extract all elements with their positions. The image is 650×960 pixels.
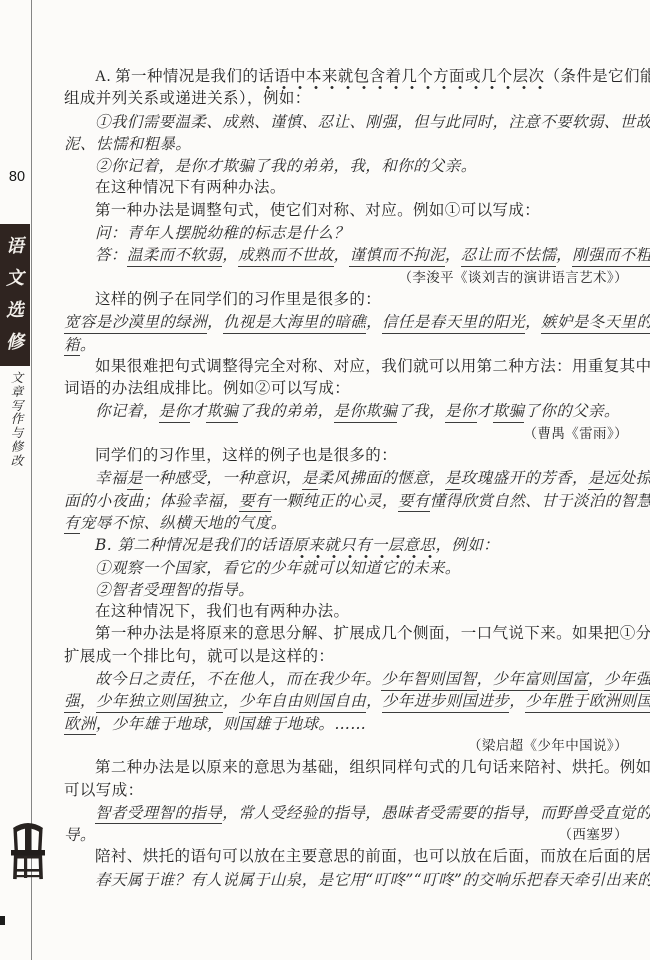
text-segment: ， <box>223 692 239 710</box>
underlined-text: 嫉妒是冬天里的冰 <box>541 313 650 334</box>
book-subtitle-vertical: 文章写作与修改 <box>6 371 28 468</box>
text-line: 箱。 <box>64 334 638 356</box>
text-line: A. 第一种情况是我们的话语中本来就包含着几个方面或几个层次（条件是它们能够 <box>64 66 638 88</box>
underlined-text: 是 <box>588 469 604 490</box>
text-line: 问：青年人摆脱幼稚的标志是什么？ <box>64 222 638 244</box>
text-segment: 了我， <box>397 402 445 420</box>
body-text: A. 第一种情况是我们的话语中本来就包含着几个方面或几个层次（条件是它们能够组成… <box>64 66 638 891</box>
text-segment: （梁启超《少年中国说》） <box>468 738 628 753</box>
text-line: 有宠辱不惊、纵横天地的气度。 <box>64 512 638 534</box>
text-segment: 扩展成一个排比句，就可以是这样的： <box>64 648 334 665</box>
text-line: 可以写成： <box>64 780 638 802</box>
text-line: 第一种办法是将原来的意思分解、扩展成几个侧面，一口气说下来。如果把①分解、 <box>64 623 638 645</box>
text-segment: 陪衬、烘托的语句可以放在主要意思的前面，也可以放在后面，而放在后面的居多： <box>95 848 650 865</box>
text-line: 答：温柔而不软弱，成熟而不世故，谨慎而不拘泥，忍让而不怯懦，刚强而不粗暴。 <box>64 244 638 266</box>
text-segment: ， <box>525 313 541 331</box>
text-line: ②你记着，是你才欺骗了我的弟弟，我，和你的父亲。 <box>64 155 638 177</box>
text-segment: 你记着， <box>95 402 159 420</box>
underlined-text: 有 <box>64 514 80 535</box>
text-line: B. 第二种情况是我们的话语原来就只有一层意思，例如： <box>64 534 638 556</box>
emphasized-text: 原来就只有一层意思 <box>292 536 435 559</box>
underlined-text: 是你 <box>445 402 477 423</box>
text-segment: ， <box>445 246 461 264</box>
underlined-text: 信任是春天里的阳光 <box>382 313 525 334</box>
text-line: 第二种办法是以原来的意思为基础，组织同样句式的几句话来陪衬、烘托。例如②就 <box>64 757 638 779</box>
underlined-text: 温柔而不软弱 <box>127 246 222 267</box>
underlined-text: 少年强则国 <box>604 670 650 691</box>
text-segment: ， <box>334 246 350 264</box>
text-line: 这样的例子在同学们的习作里是很多的： <box>64 289 638 311</box>
emphasized-text: 话语中本来就包含着几个方面或几个层次 <box>258 68 544 90</box>
text-segment: 导。 <box>64 826 96 844</box>
underlined-text: 是 <box>127 469 143 490</box>
text-segment: 春天属于谁？有人说属于山泉，是它用“叮咚”“叮咚”的交响乐把春天牵引出来的； <box>95 871 650 889</box>
series-banner: 语文选修 <box>0 224 30 366</box>
text-segment: ①观察一个国家，看它的少年就可以知道它的未来。 <box>95 559 461 577</box>
vertical-char: 语 <box>6 238 25 257</box>
underlined-text: 少年进步则国进步 <box>382 692 509 713</box>
text-segment: 如果很难把句式调整得完全对称、对应，我们就可以用第二种方法：用重复其中一些 <box>95 358 650 375</box>
text-line: 强，少年独立则国独立，少年自由则国自由，少年进步则国进步，少年胜于欧洲则国胜于 <box>64 690 638 712</box>
chair-illustration <box>6 816 50 882</box>
text-segment: ， <box>207 313 223 331</box>
text-segment: 远处掠过湖 <box>604 469 650 487</box>
underlined-text: 少年富则国富 <box>493 670 588 691</box>
underlined-text: 要有 <box>398 492 430 513</box>
vertical-char: 作 <box>11 412 24 426</box>
trim-mark <box>0 916 5 925</box>
text-segment: 柔风拂面的惬意， <box>318 469 445 487</box>
vertical-char: 章 <box>11 385 24 399</box>
text-segment: 一颗纯正的心灵， <box>271 492 398 510</box>
text-segment: 了我的弟弟， <box>238 402 333 420</box>
text-segment: 第一种办法是将原来的意思分解、扩展成几个侧面，一口气说下来。如果把①分解、 <box>95 625 650 642</box>
text-line: 扩展成一个排比句，就可以是这样的： <box>64 646 638 668</box>
text-segment: 第二种办法是以原来的意思为基础，组织同样句式的几句话来陪衬、烘托。例如②就 <box>95 759 650 776</box>
underlined-text: 是 <box>445 469 461 490</box>
text-segment: 面的小夜曲；体验幸福， <box>64 492 239 510</box>
underlined-text: 是你欺骗 <box>334 402 398 423</box>
text-segment: ②智者受理智的指导。 <box>95 581 254 599</box>
text-line: 泥、怯懦和粗暴。 <box>64 133 638 155</box>
text-line: ①观察一个国家，看它的少年就可以知道它的未来。 <box>64 557 638 579</box>
text-segment: 在这种情况下，我们也有两种办法。 <box>95 603 349 620</box>
text-segment: 。 <box>80 336 96 354</box>
text-segment: 宠辱不惊、纵横天地的气度。 <box>80 514 287 532</box>
underlined-text: 成熟而不世故 <box>238 246 333 267</box>
text-line: （曹禺《雷雨》） <box>64 423 638 445</box>
text-line: 同学们的习作里，这样的例子也是很多的： <box>64 445 638 467</box>
underlined-text: 刚强而不粗暴 <box>572 246 650 267</box>
text-segment: 一种感受，一种意识， <box>143 469 302 487</box>
text-segment: （条件是它们能够 <box>544 68 650 85</box>
text-segment: ， <box>222 246 238 264</box>
text-segment: ，常人受经验的指导，愚昧者受需要的指导，而野兽受直觉的指 <box>222 804 650 822</box>
text-segment: ①我们需要温柔、成熟、谨慎、忍让、刚强，但与此同时，注意不要软弱、世故、拘 <box>95 113 650 131</box>
text-segment: 才 <box>477 402 493 420</box>
text-segment: （曹禺《雷雨》） <box>524 426 628 441</box>
underlined-text: 欺骗 <box>493 402 525 423</box>
text-segment: 泥、怯懦和粗暴。 <box>64 135 191 153</box>
text-line: 在这种情况下，我们也有两种办法。 <box>64 601 638 623</box>
text-segment: ， <box>477 670 493 688</box>
vertical-char: 写 <box>11 399 24 413</box>
text-segment: 玫瑰盛开的芳香， <box>461 469 588 487</box>
page-number: 80 <box>4 169 30 185</box>
text-line: 第一种办法是调整句式，使它们对称、对应。例如①可以写成： <box>64 200 638 222</box>
text-segment: ， <box>366 692 382 710</box>
textbook-page: 80 语文选修 文章写作与修改 A. 第一种情况是我们的话语中本来就包含着几个方… <box>0 0 650 960</box>
text-line: 面的小夜曲；体验幸福，要有一颗纯正的心灵，要有懂得欣赏自然、甘于淡泊的智慧，要 <box>64 490 638 512</box>
underlined-text: 少年自由则国自由 <box>239 692 366 713</box>
text-segment: ， <box>588 670 604 688</box>
vertical-char: 文 <box>11 371 24 385</box>
text-segment: 组成并列关系或递进关系），例如： <box>64 90 311 107</box>
text-segment: 了你的父亲。 <box>524 402 619 420</box>
text-segment: 在这种情况下有两种办法。 <box>95 179 286 196</box>
underlined-text: 欺骗 <box>206 402 238 423</box>
text-segment: 故今日之责任，不在他人，而在我少年。 <box>95 670 381 688</box>
text-line: 组成并列关系或递进关系），例如： <box>64 88 638 110</box>
underlined-text: 箱 <box>64 336 80 357</box>
underlined-text: 宽容是沙漠里的绿洲 <box>64 313 207 334</box>
vertical-char: 选 <box>6 302 25 321</box>
underlined-text: 谨慎而不拘泥 <box>349 246 444 267</box>
text-segment: 幸福 <box>95 469 127 487</box>
underlined-text: 强 <box>64 692 80 713</box>
text-segment: ， <box>556 246 572 264</box>
underlined-text: 仇视是大海里的暗礁 <box>223 313 366 334</box>
text-line: 幸福是一种感受，一种意识，是柔风拂面的惬意，是玫瑰盛开的芳香，是远处掠过湖 <box>64 467 638 489</box>
text-line: 陪衬、烘托的语句可以放在主要意思的前面，也可以放在后面，而放在后面的居多： <box>64 846 638 868</box>
vertical-char: 修 <box>11 440 24 454</box>
underlined-text: 要有 <box>239 492 271 513</box>
text-line: ①我们需要温柔、成熟、谨慎、忍让、刚强，但与此同时，注意不要软弱、世故、拘 <box>64 111 638 133</box>
text-segment: ②你记着，是你才欺骗了我的弟弟，我，和你的父亲。 <box>95 157 477 175</box>
text-segment: ，例如： <box>435 536 499 554</box>
text-segment: 这样的例子在同学们的习作里是很多的： <box>95 291 381 308</box>
text-segment: A. 第一种情况是我们的 <box>95 68 258 85</box>
text-line: 如果很难把句式调整得完全对称、对应，我们就可以用第二种方法：用重复其中一些 <box>64 356 638 378</box>
text-line: 故今日之责任，不在他人，而在我少年。少年智则国智，少年富则国富，少年强则国 <box>64 668 638 690</box>
text-segment: 词语的办法组成排比。例如②可以写成： <box>64 380 350 397</box>
text-segment: ， <box>509 692 525 710</box>
text-segment: 答： <box>95 246 127 264</box>
text-line: （李浚平《谈刘吉的演讲语言艺术》） <box>64 267 638 289</box>
text-segment: ， <box>80 692 96 710</box>
text-segment: 问：青年人摆脱幼稚的标志是什么？ <box>95 224 349 242</box>
text-segment: ，少年雄于地球，则国雄于地球。…… <box>96 715 366 733</box>
text-line: （西塞罗）导。 <box>64 824 638 846</box>
text-line: 宽容是沙漠里的绿洲，仇视是大海里的暗礁，信任是春天里的阳光，嫉妒是冬天里的冰 <box>64 311 638 333</box>
underlined-text: 少年独立则国独立 <box>96 692 223 713</box>
text-line: 智者受理智的指导，常人受经验的指导，愚昧者受需要的指导，而野兽受直觉的指 <box>64 802 638 824</box>
text-segment: （李浚平《谈刘吉的演讲语言艺术》） <box>398 270 628 285</box>
vertical-char: 与 <box>11 426 24 440</box>
underlined-text: 少年智则国智 <box>381 670 476 691</box>
text-segment: 懂得欣赏自然、甘于淡泊的智慧， <box>430 492 650 510</box>
text-line: ②智者受理智的指导。 <box>64 579 638 601</box>
underlined-text: 智者受理智的指导 <box>95 804 222 825</box>
text-segment: 同学们的习作里，这样的例子也是很多的： <box>95 447 397 464</box>
text-line: 在这种情况下有两种办法。 <box>64 177 638 199</box>
vertical-char: 改 <box>11 454 24 468</box>
underlined-text: 是你 <box>159 402 191 423</box>
text-line: （梁启超《少年中国说》） <box>64 735 638 757</box>
text-line: 春天属于谁？有人说属于山泉，是它用“叮咚”“叮咚”的交响乐把春天牵引出来的； <box>64 869 638 891</box>
text-segment: ， <box>366 313 382 331</box>
underlined-text: 少年胜于欧洲则国胜于 <box>525 692 650 713</box>
text-segment: 第一种办法是调整句式，使它们对称、对应。例如①可以写成： <box>95 202 540 219</box>
text-segment: 才 <box>190 402 206 420</box>
text-line: 欧洲，少年雄于地球，则国雄于地球。…… <box>64 713 638 735</box>
text-segment: B. 第二种情况是我们的话语 <box>95 536 292 554</box>
text-line: 你记着，是你才欺骗了我的弟弟，是你欺骗了我，是你才欺骗了你的父亲。 <box>64 400 638 422</box>
vertical-char: 修 <box>6 334 25 353</box>
underlined-text: 是 <box>302 469 318 490</box>
underlined-text: 忍让而不怯懦 <box>461 246 556 267</box>
attribution-note: （西塞罗） <box>559 824 639 846</box>
text-segment: 可以写成： <box>64 782 144 799</box>
underlined-text: 欧洲 <box>64 715 96 736</box>
text-line: 词语的办法组成排比。例如②可以写成： <box>64 378 638 400</box>
vertical-char: 文 <box>6 270 25 289</box>
